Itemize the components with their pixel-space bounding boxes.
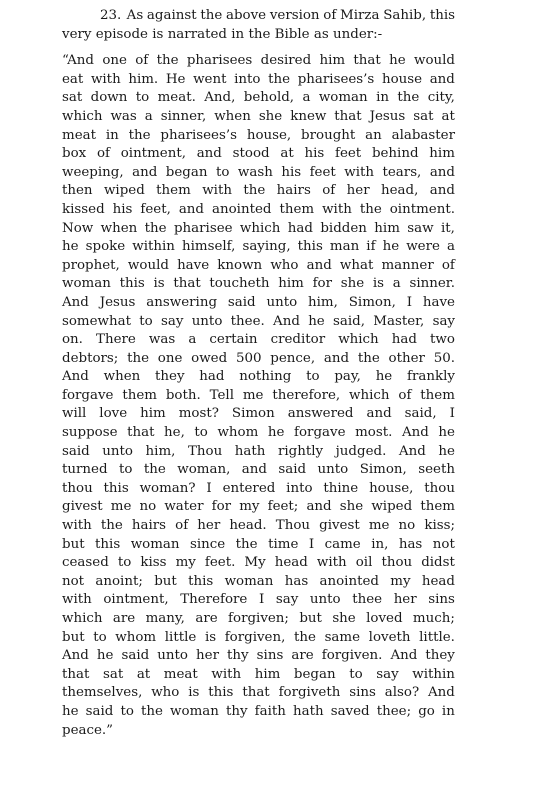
word: thy [226, 703, 248, 722]
quote-line: AndJesusansweringsaiduntohim,Simon,Ihave [62, 294, 455, 313]
intro-line: 23. AsagainsttheaboveversionofMirzaSahib… [62, 7, 455, 26]
word: at [442, 108, 455, 127]
word: in [106, 127, 119, 146]
word: is [188, 684, 199, 703]
word: say [433, 313, 455, 332]
word: whom [115, 629, 156, 648]
word: went [193, 71, 226, 90]
word: ointment. [390, 201, 455, 220]
word: As [127, 7, 144, 26]
word: in, [371, 536, 388, 555]
word: turned [62, 461, 108, 480]
word: unto [310, 591, 341, 610]
word: Tell [210, 387, 234, 406]
word: him, [308, 294, 338, 313]
word: the [200, 7, 222, 26]
word: also? [385, 684, 419, 703]
word: other [389, 350, 425, 369]
word: that [173, 275, 200, 294]
word: Simon, [360, 461, 407, 480]
word: said, [333, 313, 365, 332]
word: has [285, 573, 308, 592]
word: nothing [239, 368, 291, 387]
word: love [99, 405, 127, 424]
word: to [120, 703, 133, 722]
quote-line: hespokewithinhimself,saying,thismanifhew… [62, 238, 455, 257]
word: and [306, 498, 331, 517]
word: and [430, 164, 455, 183]
word: wiped [104, 182, 145, 201]
word: one [158, 350, 183, 369]
word: would [128, 257, 169, 276]
word: And, [204, 89, 235, 108]
quote-line: eatwithhim.Hewentintothepharisees’shouse… [62, 71, 455, 90]
word: them [156, 182, 191, 201]
word: who [270, 257, 298, 276]
word: she [259, 108, 282, 127]
word: saw [407, 220, 433, 239]
word: of [442, 257, 455, 276]
word: forgiven, [225, 629, 286, 648]
word: me [111, 498, 132, 517]
intro-line: veryepisodeisnarratedintheBibleasunder:- [62, 26, 455, 45]
word: of [398, 387, 411, 406]
word: very [62, 26, 91, 45]
word: of [135, 52, 148, 71]
word: this [208, 684, 233, 703]
word: behind [372, 145, 419, 164]
quote-line: thatsatatmeatwithhimbegantosaywithin [62, 666, 455, 685]
word: are [195, 610, 217, 629]
word: feet [335, 145, 361, 164]
word: but [62, 629, 85, 648]
word: and [242, 461, 267, 480]
word: had [392, 331, 417, 350]
quote-line: ceasedtokissmyfeet.Myheadwithoilthoudids… [62, 554, 455, 573]
quote-line: prophet,wouldhaveknownwhoandwhatmannerof [62, 257, 455, 276]
word: house [382, 71, 422, 90]
word: woman [225, 573, 274, 592]
word: he [438, 424, 455, 443]
word: Master, [373, 313, 424, 332]
word: unto [192, 313, 223, 332]
word: go [418, 703, 435, 722]
word: in [231, 26, 244, 45]
word: knew [290, 108, 326, 127]
word: against [147, 7, 197, 26]
word: began [294, 666, 336, 685]
word: that [127, 424, 154, 443]
word: the [157, 52, 179, 71]
word: with [317, 554, 347, 573]
word: my [239, 498, 259, 517]
quote-line: peace.” [62, 722, 455, 741]
word: him [278, 275, 304, 294]
word: who [151, 684, 179, 703]
bible-quote-paragraph: “Andoneofthephariseesdesiredhimthathewou… [62, 52, 455, 740]
word: which [62, 610, 103, 629]
word: feet. [205, 554, 235, 573]
word: me [369, 517, 390, 536]
word: manner [381, 257, 433, 276]
word: meat [164, 666, 198, 685]
word: him [320, 52, 346, 71]
quote-line: weeping,andbegantowashhisfeetwithtears,a… [62, 164, 455, 183]
word: have [423, 294, 455, 313]
word: tears, [383, 164, 422, 183]
word: the [144, 461, 166, 480]
word: givest [62, 498, 103, 517]
word: And [428, 684, 455, 703]
word: kiss; [424, 517, 455, 536]
word: a [393, 275, 401, 294]
word: woman [131, 536, 180, 555]
word: Simon, [349, 294, 396, 313]
word: saying, [242, 238, 290, 257]
word: “And [62, 52, 94, 71]
word: no [140, 498, 157, 517]
word: spoke [86, 238, 126, 257]
word: head [422, 573, 455, 592]
word: I [259, 591, 264, 610]
word: were [406, 238, 440, 257]
word: thee. [231, 313, 265, 332]
word: she [340, 498, 363, 517]
word: owed [191, 350, 227, 369]
word: is [373, 275, 384, 294]
word: are [291, 647, 313, 666]
word: brought [301, 127, 355, 146]
word: 500 [236, 350, 262, 369]
word: unto [157, 647, 188, 666]
word: me [243, 387, 264, 406]
word: hath [235, 443, 266, 462]
word: woman [319, 89, 368, 108]
word: And [62, 647, 89, 666]
word: forgiveth [279, 684, 341, 703]
word: And [402, 424, 429, 443]
word: this [95, 536, 120, 555]
word: the [101, 517, 123, 536]
word: anointed [212, 201, 271, 220]
word: man [330, 238, 359, 257]
word: under:- [333, 26, 382, 45]
word: at [280, 145, 293, 164]
word: forgiven. [322, 647, 383, 666]
word: with [322, 201, 352, 220]
word: the [127, 350, 149, 369]
word: narrated [168, 26, 227, 45]
word: ointment, [121, 145, 186, 164]
word: he, [164, 424, 185, 443]
word: head. [229, 517, 266, 536]
word: the [145, 220, 167, 239]
word: episode [96, 26, 148, 45]
quote-line: Andhesaiduntoherthysinsareforgiven.Andth… [62, 647, 455, 666]
word: an [365, 127, 382, 146]
word: Therefore [180, 591, 247, 610]
word: he [376, 368, 393, 387]
word: him. [128, 71, 158, 90]
word: and [430, 71, 455, 90]
quote-line: meatinthepharisees’shouse,broughtanalaba… [62, 127, 455, 146]
quote-line: givestmenowaterformyfeet;andshewipedthem [62, 498, 455, 517]
quote-line: whichwasasinner,whensheknewthatJesussata… [62, 108, 455, 127]
word: much; [413, 610, 455, 629]
word: and [132, 164, 157, 183]
quote-line: themselves,whoisthisthatforgivethsinsals… [62, 684, 455, 703]
word: but [62, 536, 85, 555]
word: with [202, 182, 232, 201]
word: would [414, 52, 455, 71]
word: thine [323, 480, 358, 499]
word: said [62, 443, 90, 462]
word: he [308, 313, 325, 332]
word: head, [381, 182, 418, 201]
word: has [399, 536, 422, 555]
quote-line: kissedhisfeet,andanointedthemwiththeoint… [62, 201, 455, 220]
word: a [447, 238, 455, 257]
word: forgiven; [228, 610, 289, 629]
word: There [96, 331, 136, 350]
word: unto [318, 461, 349, 480]
word: but [299, 610, 322, 629]
word: he [62, 703, 79, 722]
quote-line: Nowwhenthephariseewhichhadbiddenhimsawit… [62, 220, 455, 239]
word: themselves, [62, 684, 142, 703]
word: Sahib, [383, 7, 426, 26]
word: Simon [232, 405, 275, 424]
word: rightly [278, 443, 323, 462]
word: he [62, 238, 79, 257]
word: therefore, [272, 387, 340, 406]
word: little. [419, 629, 455, 648]
word: meat. [158, 89, 196, 108]
word: with [91, 71, 121, 90]
word: his [304, 145, 324, 164]
word: with [344, 164, 374, 183]
word: frankly [407, 368, 455, 387]
quote-line: hesaidtothewomanthyfaithhathsavedthee;go… [62, 703, 455, 722]
word: the [360, 201, 382, 220]
quote-line: whicharemany,areforgiven;butshelovedmuch… [62, 610, 455, 629]
word: hath [293, 703, 324, 722]
word: the [129, 127, 151, 146]
word: of [322, 182, 335, 201]
word: and [430, 182, 455, 201]
word: him [374, 220, 400, 239]
word: pence, [270, 350, 315, 369]
word: He [166, 71, 186, 90]
word: this [120, 275, 145, 294]
word: he [268, 424, 285, 443]
word: within [132, 238, 175, 257]
word: many, [146, 610, 185, 629]
word: entered [223, 480, 276, 499]
word: pharisees’s [160, 127, 237, 146]
word: them [420, 387, 455, 406]
word: And [62, 368, 89, 387]
word: for [212, 498, 231, 517]
word: thy [227, 647, 249, 666]
word: will [62, 405, 86, 424]
word: say [276, 591, 298, 610]
word: And [399, 443, 426, 462]
word: meat [62, 127, 96, 146]
word: sat [62, 89, 82, 108]
word: he [97, 647, 114, 666]
word: wash [238, 164, 273, 183]
word: And [390, 647, 417, 666]
word: with [62, 591, 92, 610]
word: I [309, 536, 314, 555]
word: house, [247, 127, 291, 146]
quote-line: debtors;theoneowed500pence,andtheother50… [62, 350, 455, 369]
word: unto [102, 443, 133, 462]
word: into [234, 71, 260, 90]
word: pay, [334, 368, 361, 387]
word: faith [255, 703, 286, 722]
word: sat [103, 666, 123, 685]
word: his [113, 201, 133, 220]
word: my [390, 573, 410, 592]
word: loved [366, 610, 402, 629]
word: toucheth [209, 275, 269, 294]
word: loveth [369, 629, 411, 648]
word: seeth [418, 461, 455, 480]
word: sins [349, 684, 376, 703]
word: have [177, 257, 209, 276]
word: kissed [62, 201, 105, 220]
quote-line: thouthiswoman?Ienteredintothinehouse,tho… [62, 480, 455, 499]
word: sinner. [409, 275, 455, 294]
word: when [214, 108, 251, 127]
word: them [279, 201, 314, 220]
word: that [62, 666, 89, 685]
word: her [196, 647, 219, 666]
word: peace.” [62, 722, 113, 741]
word: to [93, 629, 106, 648]
word: judged. [336, 443, 387, 462]
word: prophet, [62, 257, 120, 276]
word: whom [217, 424, 258, 443]
word: that [353, 52, 380, 71]
word: she [332, 610, 355, 629]
word: in [442, 703, 455, 722]
word: I [407, 294, 412, 313]
quote-line: willlovehimmost?Simonansweredandsaid,I [62, 405, 455, 424]
word: when [104, 368, 141, 387]
word: thou [62, 480, 93, 499]
word: is [205, 629, 216, 648]
word: above [226, 7, 266, 26]
word: not [62, 573, 84, 592]
word: most. [355, 424, 392, 443]
word: say [161, 313, 183, 332]
word: head [275, 554, 308, 573]
word: said [86, 703, 114, 722]
word: on. [62, 331, 83, 350]
word: and [366, 405, 391, 424]
word: hairs [277, 182, 311, 201]
word: but [154, 573, 177, 592]
intro-line-text: AsagainsttheaboveversionofMirzaSahib,thi… [127, 7, 455, 26]
word: Thou [276, 517, 310, 536]
word: which [349, 387, 390, 406]
word: a [302, 89, 310, 108]
word: pharisees [187, 52, 252, 71]
word: city, [428, 89, 455, 108]
word: ceased [62, 554, 109, 573]
word: saved [331, 703, 370, 722]
word: the [268, 71, 290, 90]
word: sins [428, 591, 455, 610]
word: is [153, 275, 164, 294]
word: for [313, 275, 332, 294]
word: box [62, 145, 86, 164]
word: he [438, 443, 455, 462]
word: both. [166, 387, 201, 406]
word: woman, [177, 461, 230, 480]
intro-paragraph: 23. AsagainsttheaboveversionofMirzaSahib… [62, 7, 455, 44]
word: I [206, 480, 211, 499]
word: certain [209, 331, 257, 350]
word: no [399, 517, 416, 536]
word: and [307, 257, 332, 276]
word: if [366, 238, 375, 257]
word: answering [146, 294, 217, 313]
word: Thou [188, 443, 222, 462]
word: forgave [294, 424, 345, 443]
word: sat [413, 108, 433, 127]
word: are [113, 610, 135, 629]
word: is [152, 26, 163, 45]
word: that [334, 108, 361, 127]
word: desired [261, 52, 312, 71]
word: pharisee [174, 220, 233, 239]
quote-line: turnedtothewoman,andsaiduntoSimon,seeth [62, 461, 455, 480]
word: weeping, [62, 164, 124, 183]
word: thou [424, 480, 455, 499]
word: anointed [320, 573, 379, 592]
word: version [270, 7, 320, 26]
word: and [179, 201, 204, 220]
word: oil [356, 554, 373, 573]
word: was [110, 108, 136, 127]
word: little [165, 629, 197, 648]
word: him [255, 666, 281, 685]
word: them [122, 387, 157, 406]
word: it, [441, 220, 455, 239]
document-page: 23. AsagainsttheaboveversionofMirzaSahib… [62, 7, 455, 740]
quote-line: satdowntomeat.And,behold,awomaninthecity… [62, 89, 455, 108]
word: and [324, 350, 349, 369]
word: eat [62, 71, 83, 90]
word: down [91, 89, 128, 108]
word: came [325, 536, 361, 555]
word: Now [62, 220, 93, 239]
word: this [104, 480, 129, 499]
quote-line: buttowhomlittleisforgiven,thesamelovethl… [62, 629, 455, 648]
word: within [412, 666, 455, 685]
word: my [176, 554, 196, 573]
word: they [155, 368, 185, 387]
word: bidden [320, 220, 367, 239]
word: the [236, 536, 258, 555]
word: ointment, [103, 591, 168, 610]
word: the [141, 703, 163, 722]
word: thee; [377, 703, 411, 722]
